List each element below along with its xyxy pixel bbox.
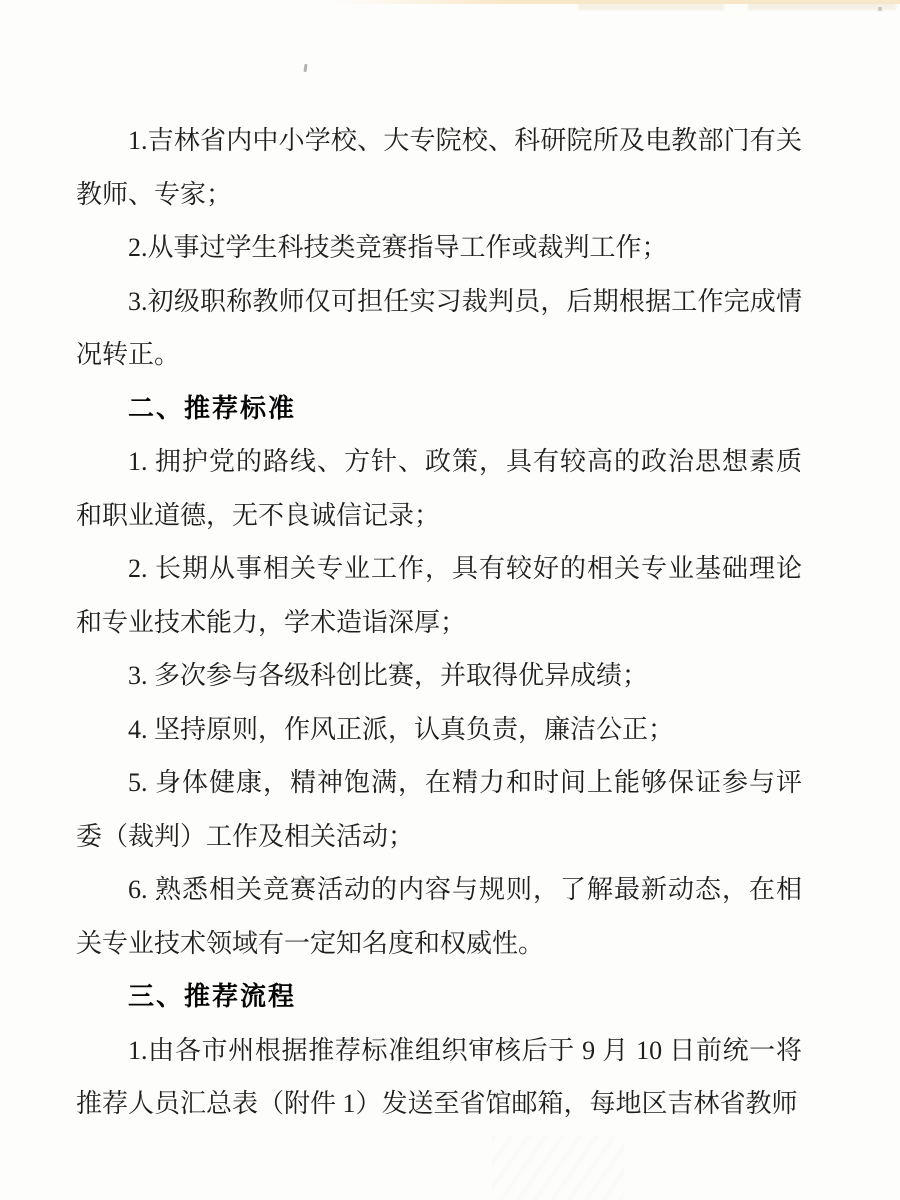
body-paragraph: 2. 长期从事相关专业工作，具有较好的相关专业基础理论和专业技术能力，学术造诣深… bbox=[76, 542, 802, 649]
document-body: 1.吉林省内中小学校、大专院校、科研院所及电教部门有关教师、专家；2.从事过学生… bbox=[76, 114, 802, 1131]
body-paragraph: 4. 坚持原则，作风正派，认真负责，廉洁公正； bbox=[76, 703, 802, 757]
body-paragraph: 5. 身体健康，精神饱满，在精力和时间上能够保证参与评委（裁判）工作及相关活动； bbox=[76, 756, 802, 863]
scan-artifact-smudge bbox=[748, 2, 896, 10]
scan-artifact-smudge bbox=[578, 2, 724, 10]
scan-speck bbox=[303, 64, 307, 72]
body-paragraph: 1. 拥护党的路线、方针、政策，具有较高的政治思想素质和职业道德，无不良诚信记录… bbox=[76, 435, 802, 542]
scanned-document-page: 1.吉林省内中小学校、大专院校、科研院所及电教部门有关教师、专家；2.从事过学生… bbox=[0, 0, 900, 1200]
body-paragraph: 1.吉林省内中小学校、大专院校、科研院所及电教部门有关教师、专家； bbox=[76, 114, 802, 221]
body-paragraph: 6. 熟悉相关竞赛活动的内容与规则，了解最新动态，在相关专业技术领域有一定知名度… bbox=[76, 863, 802, 970]
scan-smudge-bottom bbox=[492, 1136, 624, 1200]
body-paragraph: 1.由各市州根据推荐标准组织审核后于 9 月 10 日前统一将推荐人员汇总表（附… bbox=[76, 1024, 802, 1131]
scan-speck bbox=[878, 7, 882, 11]
section-heading: 二、推荐标准 bbox=[76, 382, 802, 436]
section-heading: 三、推荐流程 bbox=[76, 970, 802, 1024]
body-paragraph: 2.从事过学生科技类竞赛指导工作或裁判工作； bbox=[76, 221, 802, 275]
body-paragraph: 3. 多次参与各级科创比赛，并取得优异成绩； bbox=[76, 649, 802, 703]
body-paragraph: 3.初级职称教师仅可担任实习裁判员，后期根据工作完成情况转正。 bbox=[76, 275, 802, 382]
